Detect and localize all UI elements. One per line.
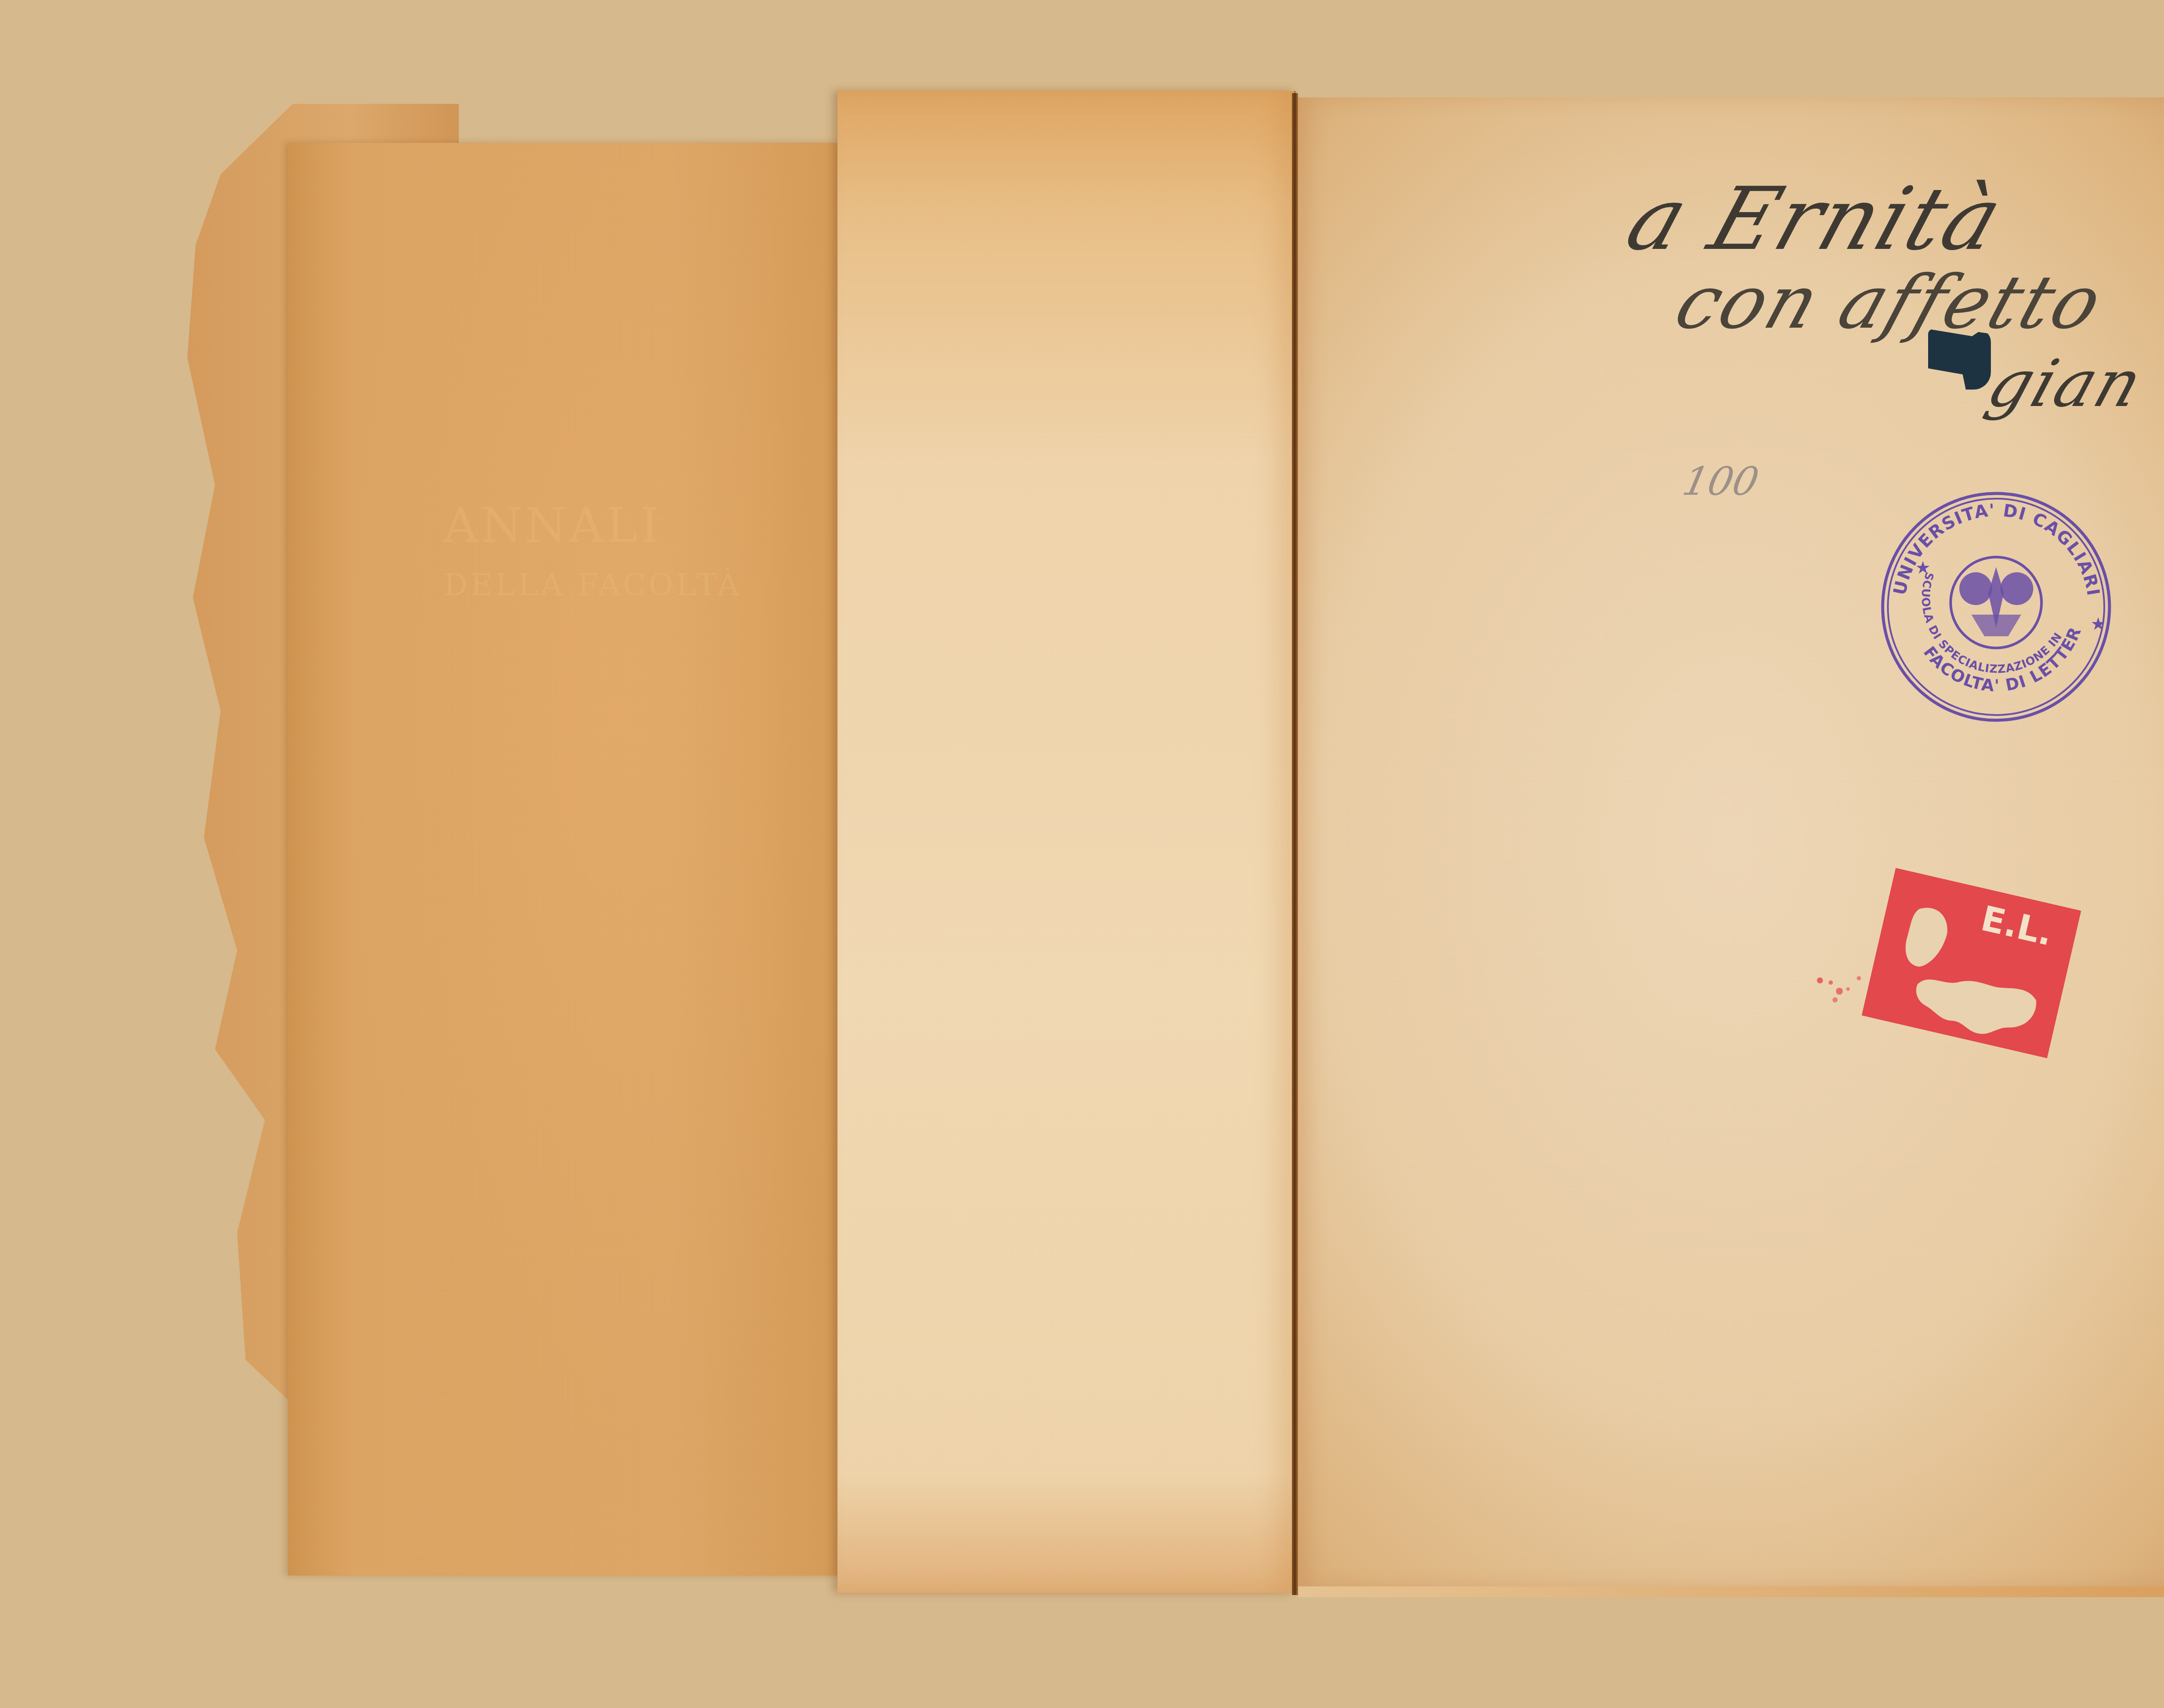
- inscription-line-1: a Ernità: [1615, 169, 2016, 270]
- left-cover: ANNALI DELLA FACOLTÀ: [288, 143, 840, 1576]
- svg-text:★: ★: [2090, 614, 2106, 634]
- university-seal-icon: UNIVERSITA' DI CAGLIARI FACOLTA' DI LETT…: [1878, 489, 2114, 725]
- blank-flyleaf-page: [837, 91, 1296, 1593]
- pencil-number: 100: [1679, 459, 1763, 504]
- cover-faint-title: ANNALI: [444, 498, 747, 553]
- inscription-line-2: con affetto: [1665, 260, 2114, 345]
- university-stamp: UNIVERSITA' DI CAGLIARI FACOLTA' DI LETT…: [1878, 489, 2114, 725]
- book-gutter: [1292, 93, 1298, 1595]
- svg-text:★: ★: [1915, 558, 1931, 578]
- inscription-signature: gian: [1979, 346, 2153, 422]
- cover-faint-subtitle: DELLA FACOLTÀ: [444, 567, 747, 603]
- stamp-ink-specks: [1816, 974, 1868, 1013]
